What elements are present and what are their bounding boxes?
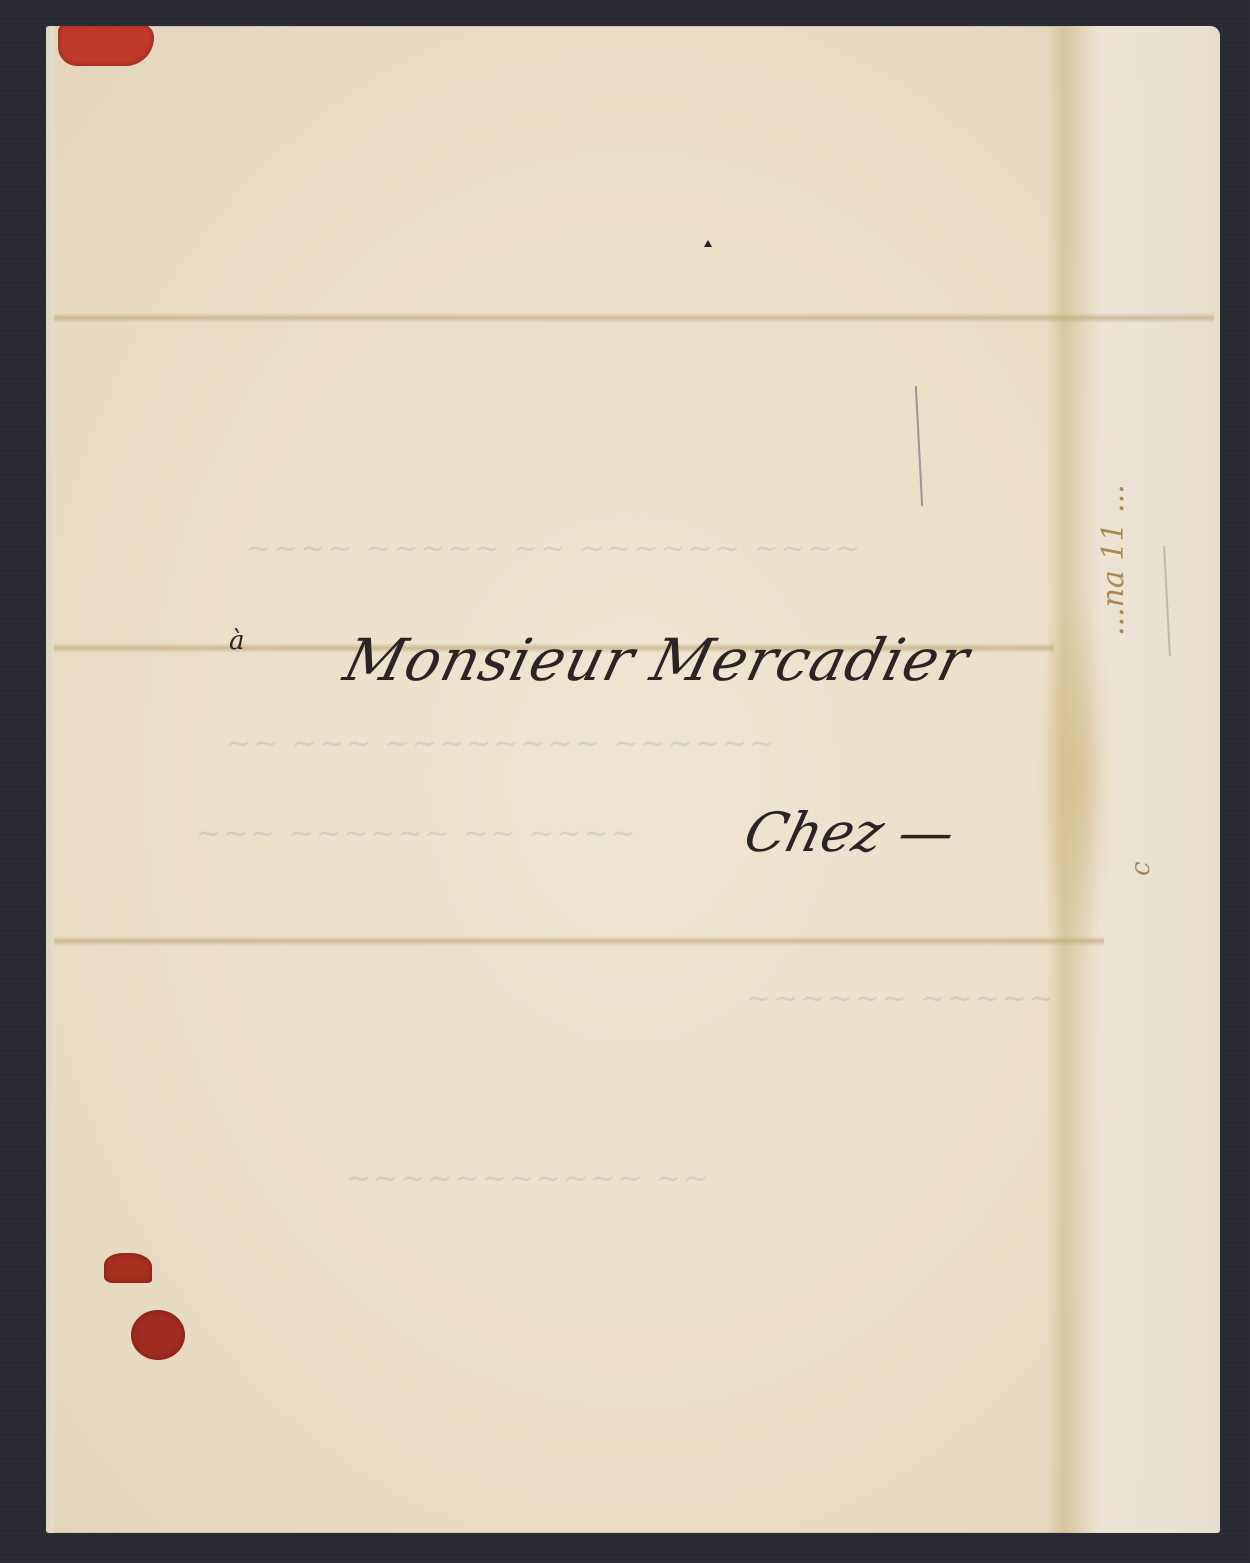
pencil-mark xyxy=(915,386,923,506)
fold-line-top xyxy=(54,313,1214,323)
side-note-lower: c xyxy=(1126,861,1156,876)
wax-seal-round xyxy=(131,1310,185,1360)
pin-hole xyxy=(704,240,712,247)
bleed-through-text: ~~~ ~~~~~~ ~~ ~~~~ xyxy=(196,816,638,851)
fold-line-bottom xyxy=(54,936,1104,946)
address-prefix: à xyxy=(229,626,245,656)
bleed-through-text: ~~~~~~~~~~~ ~~ xyxy=(346,1161,710,1196)
page-left-edge xyxy=(46,26,54,1533)
bleed-through-text: ~~ ~~~ ~~~~~~~~ ~~~~~~ xyxy=(226,726,776,761)
address-line-2: Chez — xyxy=(738,801,961,864)
side-note-rotated: ...na 11 ... xyxy=(1096,484,1131,636)
bleed-through-text: ~~~~~~ ~~~~~ xyxy=(746,981,1056,1016)
wax-seal-small xyxy=(104,1253,152,1283)
bleed-through-text: ~~~~ ~~~~~ ~~ ~~~~~~ ~~~~ xyxy=(246,531,862,566)
address-recipient: Monsieur Mercadier xyxy=(338,626,977,694)
letter-page: ~~~~ ~~~~~ ~~ ~~~~~~ ~~~~ ~~ ~~~ ~~~~~~~… xyxy=(46,26,1220,1533)
wax-seal-top-left xyxy=(58,26,154,66)
